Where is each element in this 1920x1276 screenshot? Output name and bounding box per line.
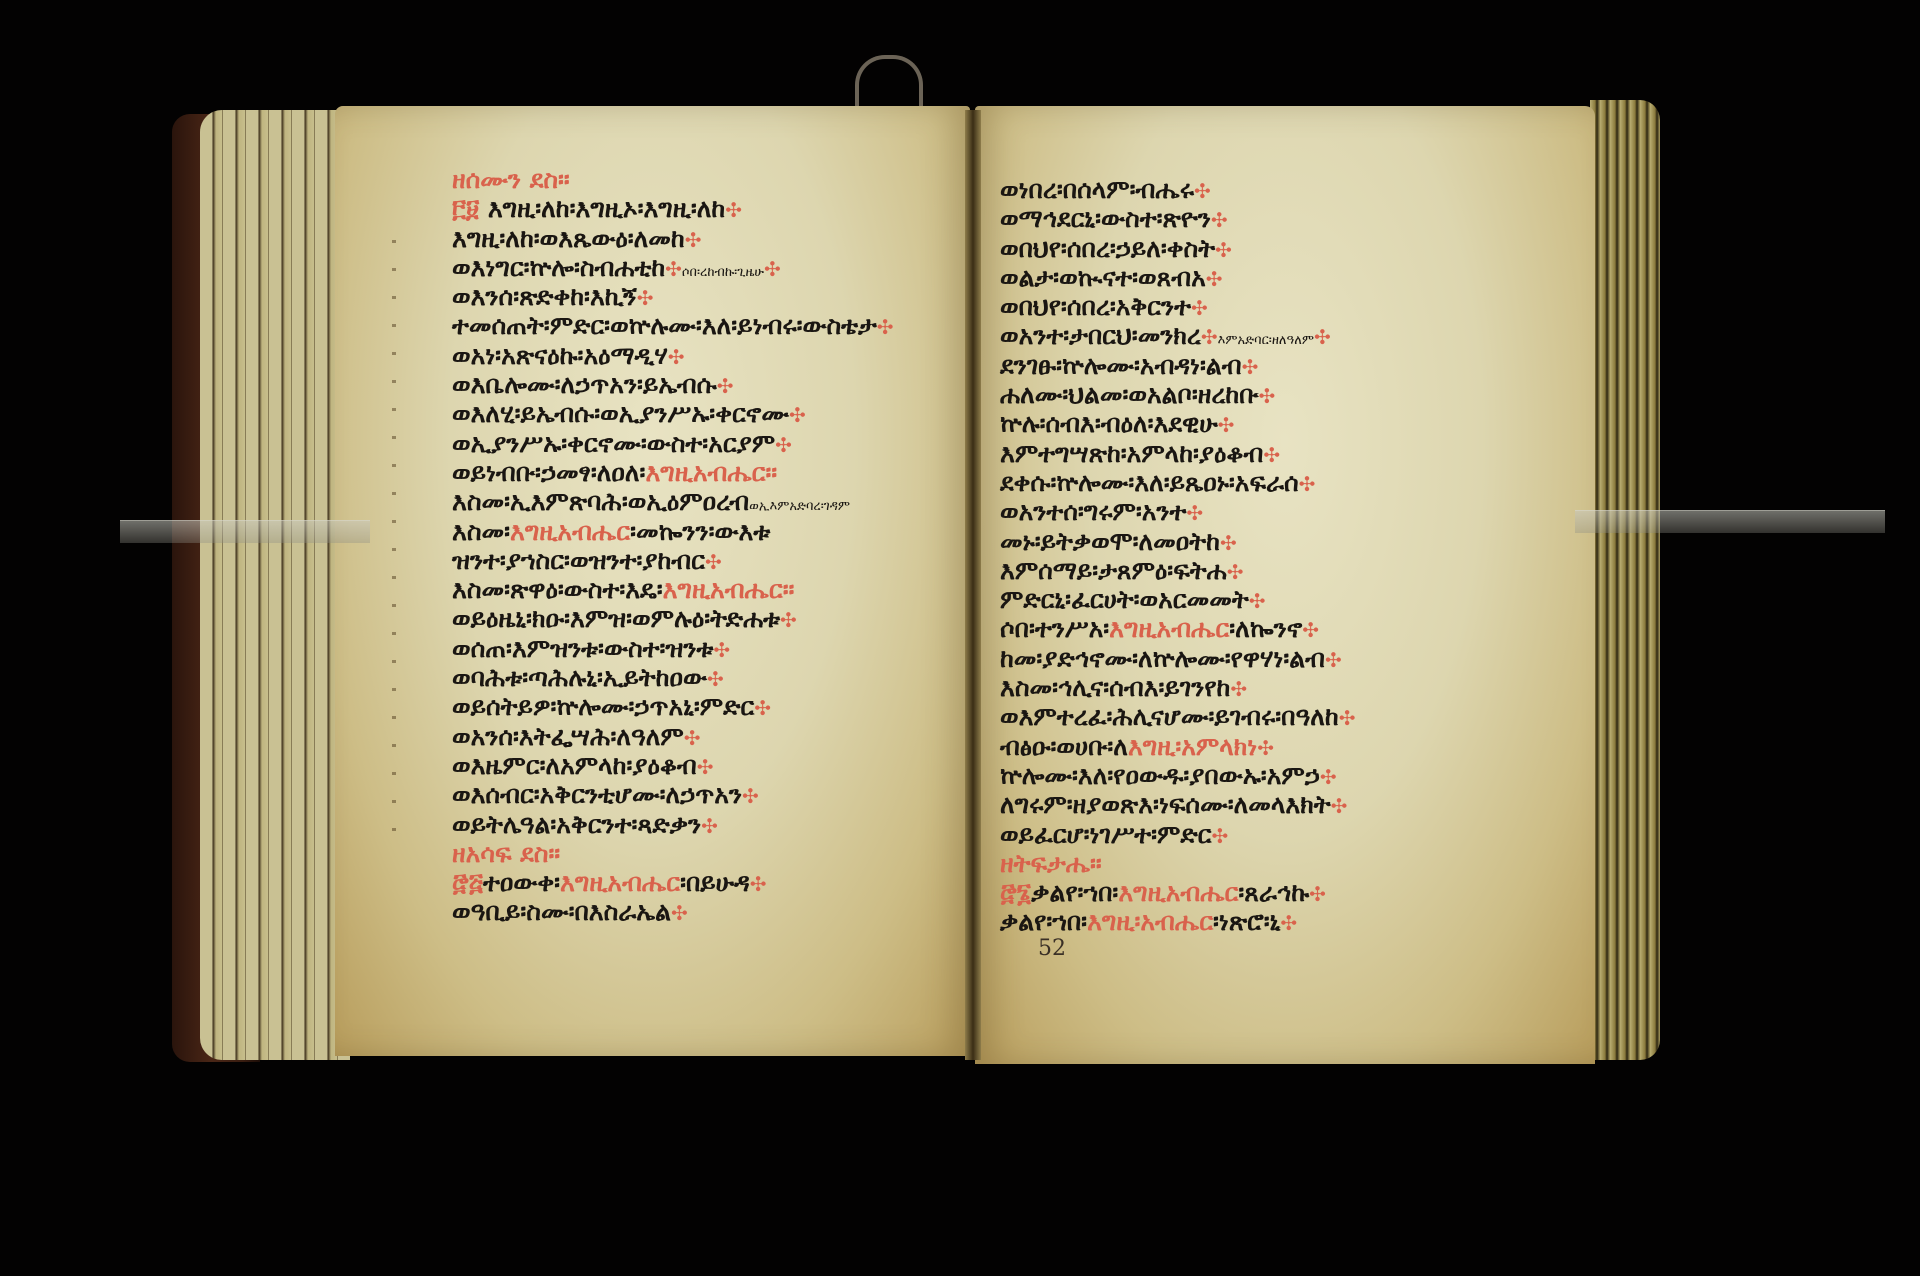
line-text: ፡ነጽሮ፡ኒ bbox=[1213, 907, 1280, 936]
line-text: ወእለሂ፡ይኤብሱ፡ወኢያንሥኡ፡ቀርኖሙ bbox=[452, 399, 789, 428]
manuscript-line: ወይትሌዓል፡አቅርንተ፡ጻድቃን✣ bbox=[452, 810, 894, 839]
manuscript-line: ደቀሱ፡ኵሎሙ፡እለ፡ይጼዐኑ፡አፍራሰ✣ bbox=[1000, 468, 1355, 497]
manuscript-line: ወይነብቡ፡ኃመፃ፡ለዐለ፡እግዚአብሔር። bbox=[452, 458, 894, 487]
line-text: ወባሕቱ፡ጣሕሉኒ፡ኢይትከዐው bbox=[452, 663, 707, 692]
cross-ornament-icon: ✣ bbox=[725, 198, 742, 222]
cross-ornament-icon: ✣ bbox=[637, 286, 654, 310]
cross-ornament-icon: ✣ bbox=[1257, 736, 1274, 760]
manuscript-line: እስመ፡ኅሊና፡ሰብእ፡ይገንየከ✣ bbox=[1000, 673, 1355, 702]
manuscript-line: ዝንተ፡ያኀስር፡ወዝንተ፡ያከብር✣ bbox=[452, 546, 894, 575]
line-text: ቃልየ፡ኀበ፡ bbox=[1000, 907, 1087, 936]
cross-ornament-icon: ✣ bbox=[707, 667, 724, 691]
manuscript-line: ወባሕቱ፡ጣሕሉኒ፡ኢይትከዐው✣ bbox=[452, 663, 894, 692]
line-text: ዝንተ፡ያኀስር፡ወዝንተ፡ያከብር bbox=[452, 546, 705, 575]
line-text: ደንገፁ፡ኵሎሙ፡አብዳነ፡ልብ bbox=[1000, 351, 1242, 380]
line-text: እምተግሣጽከ፡አምላከ፡ያዕቆብ bbox=[1000, 439, 1263, 468]
cross-ornament-icon: ✣ bbox=[665, 257, 682, 281]
left-page-stack bbox=[200, 110, 350, 1060]
line-text: ብፅዑ፡ወሀቡ፡ለ bbox=[1000, 732, 1128, 761]
manuscript-line: እምተግሣጽከ፡አምላከ፡ያዕቆብ✣ bbox=[1000, 439, 1355, 468]
line-text: ወልታ፡ወኲናተ፡ወጸብአ bbox=[1000, 263, 1206, 292]
rubric-text: ፫፱ bbox=[452, 194, 479, 223]
line-text: ወይነብቡ፡ኃመፃ፡ለዐለ፡ bbox=[452, 458, 645, 487]
manuscript-line: እስመ፡ጽዋዕ፡ውስተ፡እዴ፡እግዚአብሔር። bbox=[452, 575, 894, 604]
line-text: ኵሉ፡ሰብእ፡ብዕለ፡እደዊሁ bbox=[1000, 409, 1218, 438]
rubric-text: እግዚአብሔር bbox=[510, 517, 630, 546]
cross-ornament-icon: ✣ bbox=[1211, 824, 1228, 848]
line-text: መኑ፡ይትቃወሞ፡ለመዐትከ bbox=[1000, 527, 1220, 556]
cross-ornament-icon: ✣ bbox=[1320, 765, 1337, 789]
manuscript-line: ወአንተሰ፡ግሩም፡አንተ✣ bbox=[1000, 497, 1355, 526]
cross-ornament-icon: ✣ bbox=[1201, 325, 1218, 349]
cross-ornament-icon: ✣ bbox=[1280, 911, 1297, 935]
line-text: ወእንሰ፡ጽድቀከ፡እኪኝ bbox=[452, 282, 637, 311]
line-text: ወአንሰ፡እትፌሣሕ፡ለዓለም bbox=[452, 722, 684, 751]
cross-ornament-icon: ✣ bbox=[1331, 794, 1348, 818]
manuscript-line: ወበህየ፡ሰበረ፡ኃይለ፡ቀስት✣ bbox=[1000, 234, 1355, 263]
right-page-text: ወነበረ፡በሰላም፡ብሔሩ✣ወማኅደርኒ፡ውስተ፡ጽዮን✣ወበህየ፡ሰበረ፡ኃይ… bbox=[1000, 175, 1355, 937]
line-text: ወማኅደርኒ፡ውስተ፡ጽዮን bbox=[1000, 204, 1211, 233]
manuscript-line: ወይፈርሆ፡ነገሥተ፡ምድር✣ bbox=[1000, 820, 1355, 849]
line-text: ወአንተ፡ታበርህ፡መንክረ bbox=[1000, 321, 1201, 350]
line-text: ለግሩም፡ዘያወጽእ፡ነፍሰሙ፡ለመላእክት bbox=[1000, 790, 1331, 819]
manuscript-line: ወልታ፡ወኲናተ፡ወጸብአ✣ bbox=[1000, 263, 1355, 292]
manuscript-line: መኑ፡ይትቃወሞ፡ለመዐትከ✣ bbox=[1000, 527, 1355, 556]
rubric-text: እግዚአብሔር bbox=[560, 868, 680, 897]
manuscript-line: ብፅዑ፡ወሀቡ፡ለእግዚ፡አምላክነ✣ bbox=[1000, 732, 1355, 761]
line-text: ወይሰትይዎ፡ኵሎሙ፡ኃጥአኒ፡ምድር bbox=[452, 692, 754, 721]
manuscript-line: እምሰማይ፡ታጸምዕ፡ፍትሐ✣ bbox=[1000, 556, 1355, 585]
cross-ornament-icon: ✣ bbox=[1302, 618, 1319, 642]
line-text: ወአንተሰ፡ግሩም፡አንተ bbox=[1000, 497, 1186, 526]
line-text: ምድርኒ፡ፈርሀት፡ወአርመመት bbox=[1000, 585, 1249, 614]
manuscript-line: ፸፮ቃልየ፡ኀበ፡እግዚአብሔር፡ጸራኅኩ✣ bbox=[1000, 878, 1355, 907]
cross-ornament-icon: ✣ bbox=[775, 433, 792, 457]
cross-ornament-icon: ✣ bbox=[1242, 355, 1259, 379]
manuscript-line: ወእነግር፡ኵሎ፡ስብሐቲከ✣ሶበ፡ረከብኩ፡ጊዜሁ✣ bbox=[452, 253, 894, 282]
rubric-text: እግዚአብሔር። bbox=[663, 575, 795, 604]
manuscript-photo: ዘሰሙን ደስ።፫፱ እግዚ፡ለከ፡እግዚኦ፡እግዚ፡ለከ✣እግዚ፡ለከ፡ወእጼ… bbox=[0, 0, 1920, 1276]
manuscript-line: ፫፱ እግዚ፡ለከ፡እግዚኦ፡እግዚ፡ለከ✣ bbox=[452, 194, 894, 223]
manuscript-line: እስመ፡ኢእምጽባሕ፡ወኢዕምዐረብወኢእምአድባረ፡ገዳም bbox=[452, 487, 894, 516]
cross-ornament-icon: ✣ bbox=[685, 228, 702, 252]
rubric-text: ፸፭ bbox=[452, 868, 483, 897]
cross-ornament-icon: ✣ bbox=[1314, 325, 1331, 349]
marginal-note: እምአድባር፡ዘለዓለም bbox=[1218, 333, 1314, 348]
line-text: ወእቤሎሙ፡ለኃጥአን፡ይኤብሱ bbox=[452, 370, 717, 399]
manuscript-line: ወእዜምር፡ለአምላከ፡ያዕቆብ✣ bbox=[452, 751, 894, 780]
manuscript-line: ወአንተ፡ታበርህ፡መንክረ✣እምአድባር፡ዘለዓለም✣ bbox=[1000, 321, 1355, 350]
manuscript-line: ዘአሳፍ ደስ። bbox=[452, 839, 894, 868]
cross-ornament-icon: ✣ bbox=[1263, 443, 1280, 467]
line-text: ወእነግር፡ኵሎ፡ስብሐቲከ bbox=[452, 253, 665, 282]
cross-ornament-icon: ✣ bbox=[705, 550, 722, 574]
cross-ornament-icon: ✣ bbox=[1220, 531, 1237, 555]
line-text: ወበህየ፡ሰበረ፡አቅርንተ bbox=[1000, 292, 1191, 321]
line-text: እምሰማይ፡ታጸምዕ፡ፍትሐ bbox=[1000, 556, 1227, 585]
line-text: ኵሎሙ፡እለ፡የዐውዱ፡ያበውኡ፡አምኃ bbox=[1000, 761, 1320, 790]
line-text: እስመ፡ጽዋዕ፡ውስተ፡እዴ፡ bbox=[452, 575, 663, 604]
manuscript-line: እስመ፡እግዚአብሔር፡መኰንን፡ውእቱ bbox=[452, 517, 894, 546]
rubric-text: እግዚአብሔር bbox=[1109, 614, 1229, 643]
line-text: ወእሰብር፡አቅርንቲሆሙ፡ለኃጥአን bbox=[452, 780, 742, 809]
cross-ornament-icon: ✣ bbox=[717, 374, 734, 398]
line-text: ወበህየ፡ሰበረ፡ኃይለ፡ቀስት bbox=[1000, 234, 1215, 263]
manuscript-line: ወሰጠ፡እምዝንቱ፡ውስተ፡ዝንቱ✣ bbox=[452, 634, 894, 663]
manuscript-line: ወእምተረፈ፡ሕሊናሆሙ፡ይገብሩ፡በዓለከ✣ bbox=[1000, 702, 1355, 731]
line-text: እግዚ፡ለከ፡ወእጼውዕ፡ለመከ bbox=[452, 224, 685, 253]
manuscript-line: ወነበረ፡በሰላም፡ብሔሩ✣ bbox=[1000, 175, 1355, 204]
folio-number: 52 bbox=[1038, 936, 1066, 961]
rubric-text: ዘአሳፍ ደስ። bbox=[452, 839, 560, 868]
rubric-text: ዘሰሙን ደስ። bbox=[452, 165, 570, 194]
cross-ornament-icon: ✣ bbox=[1206, 267, 1223, 291]
line-text: ቃልየ፡ኀበ፡ bbox=[1031, 878, 1118, 907]
line-text: ሶበ፡ተንሥአ፡ bbox=[1000, 614, 1109, 643]
line-text: ፡በይሁዳ bbox=[680, 868, 750, 897]
manuscript-line: ወእንሰ፡ጽድቀከ፡እኪኝ✣ bbox=[452, 282, 894, 311]
line-text: ወይዕዜኒ፡ክዑ፡እምዝ፡ወምሉዕ፡ትድሐቱ bbox=[452, 604, 780, 633]
manuscript-line: ወአንሰ፡እትፌሣሕ፡ለዓለም✣ bbox=[452, 722, 894, 751]
cross-ornament-icon: ✣ bbox=[684, 726, 701, 750]
cross-ornament-icon: ✣ bbox=[789, 403, 806, 427]
line-text: ወዓቢይ፡ስሙ፡በእስራኤል bbox=[452, 897, 671, 926]
line-text: እስመ፡ኅሊና፡ሰብእ፡ይገንየከ bbox=[1000, 673, 1230, 702]
line-text: ወእምተረፈ፡ሕሊናሆሙ፡ይገብሩ፡በዓለከ bbox=[1000, 702, 1339, 731]
manuscript-line: ኵሉ፡ሰብእ፡ብዕለ፡እደዊሁ✣ bbox=[1000, 409, 1355, 438]
acrylic-clamp-right bbox=[1575, 510, 1885, 533]
rubric-text: እግዚ፡አምላክነ bbox=[1128, 732, 1257, 761]
line-text: እግዚ፡ለከ፡እግዚኦ፡እግዚ፡ለከ bbox=[479, 194, 725, 223]
line-text: ወነበረ፡በሰላም፡ብሔሩ bbox=[1000, 175, 1194, 204]
rubric-text: ፸፮ bbox=[1000, 878, 1031, 907]
cross-ornament-icon: ✣ bbox=[754, 696, 771, 720]
manuscript-line: ቃልየ፡ኀበ፡እግዚ፡አብሔር፡ነጽሮ፡ኒ✣ bbox=[1000, 907, 1355, 936]
cross-ornament-icon: ✣ bbox=[697, 755, 714, 779]
cross-ornament-icon: ✣ bbox=[742, 784, 759, 808]
line-text: ፡ጸራኅኩ bbox=[1238, 878, 1309, 907]
manuscript-line: ሶበ፡ተንሥአ፡እግዚአብሔር፡ለኰንኖ✣ bbox=[1000, 614, 1355, 643]
cross-ornament-icon: ✣ bbox=[1258, 384, 1275, 408]
cross-ornament-icon: ✣ bbox=[1249, 589, 1266, 613]
line-text: ከመ፡ያድኅኖሙ፡ለኵሎሙ፡የዋሃነ፡ልብ bbox=[1000, 644, 1325, 673]
cross-ornament-icon: ✣ bbox=[764, 257, 781, 281]
cross-ornament-icon: ✣ bbox=[1186, 501, 1203, 525]
rubric-text: እግዚ፡አብሔር bbox=[1087, 907, 1213, 936]
acrylic-clamp-left bbox=[120, 520, 370, 543]
manuscript-line: እግዚ፡ለከ፡ወእጼውዕ፡ለመከ✣ bbox=[452, 224, 894, 253]
cross-ornament-icon: ✣ bbox=[1299, 472, 1316, 496]
cross-ornament-icon: ✣ bbox=[671, 901, 688, 925]
rubric-text: ዘትፍታሔ። bbox=[1000, 849, 1102, 878]
line-text: ደቀሱ፡ኵሎሙ፡እለ፡ይጼዐኑ፡አፍራሰ bbox=[1000, 468, 1299, 497]
manuscript-line: ደንገፁ፡ኵሎሙ፡አብዳነ፡ልብ✣ bbox=[1000, 351, 1355, 380]
cross-ornament-icon: ✣ bbox=[877, 315, 894, 339]
cross-ornament-icon: ✣ bbox=[713, 638, 730, 662]
line-text: ተዐውቀ፡ bbox=[483, 868, 560, 897]
line-text: ወይትሌዓል፡አቅርንተ፡ጻድቃን bbox=[452, 810, 701, 839]
line-text: ወእዜምር፡ለአምላከ፡ያዕቆብ bbox=[452, 751, 697, 780]
gutter bbox=[965, 110, 981, 1060]
line-text: ወሰጠ፡እምዝንቱ፡ውስተ፡ዝንቱ bbox=[452, 634, 713, 663]
manuscript-line: ለግሩም፡ዘያወጽእ፡ነፍሰሙ፡ለመላእክት✣ bbox=[1000, 790, 1355, 819]
cross-ornament-icon: ✣ bbox=[1218, 413, 1235, 437]
line-text: እስመ፡ bbox=[452, 517, 510, 546]
right-page-stack bbox=[1590, 100, 1660, 1060]
marginal-note: ሶበ፡ረከብኩ፡ጊዜሁ bbox=[682, 265, 764, 280]
manuscript-line: ወኢያንሥኡ፡ቀርኖሙ፡ውስተ፡አርያም✣ bbox=[452, 429, 894, 458]
cross-ornament-icon: ✣ bbox=[668, 345, 685, 369]
manuscript-line: ወይዕዜኒ፡ክዑ፡እምዝ፡ወምሉዕ፡ትድሐቱ✣ bbox=[452, 604, 894, 633]
cross-ornament-icon: ✣ bbox=[750, 872, 767, 896]
manuscript-line: ፸፭ተዐውቀ፡እግዚአብሔር፡በይሁዳ✣ bbox=[452, 868, 894, 897]
manuscript-line: ሐለሙ፡ህልመ፡ወአልቦ፡ዘረከቡ✣ bbox=[1000, 380, 1355, 409]
manuscript-line: ወበህየ፡ሰበረ፡አቅርንተ✣ bbox=[1000, 292, 1355, 321]
cross-ornament-icon: ✣ bbox=[1215, 238, 1232, 262]
manuscript-line: ዘትፍታሔ። bbox=[1000, 849, 1355, 878]
cross-ornament-icon: ✣ bbox=[1309, 882, 1326, 906]
manuscript-line: ወአነ፡አጽናዕኩ፡አዕማዲሃ✣ bbox=[452, 341, 894, 370]
line-text: ሐለሙ፡ህልመ፡ወአልቦ፡ዘረከቡ bbox=[1000, 380, 1258, 409]
line-text: ወይፈርሆ፡ነገሥተ፡ምድር bbox=[1000, 820, 1211, 849]
cross-ornament-icon: ✣ bbox=[701, 814, 718, 838]
manuscript-line: ኵሎሙ፡እለ፡የዐውዱ፡ያበውኡ፡አምኃ✣ bbox=[1000, 761, 1355, 790]
cross-ornament-icon: ✣ bbox=[780, 608, 797, 632]
line-text: እስመ፡ኢእምጽባሕ፡ወኢዕምዐረብ bbox=[452, 487, 749, 516]
line-text: ወኢያንሥኡ፡ቀርኖሙ፡ውስተ፡አርያም bbox=[452, 429, 775, 458]
cross-ornament-icon: ✣ bbox=[1230, 677, 1247, 701]
manuscript-line: ተመሰጠት፡ምድር፡ወኵሉሙ፡እለ፡ይነብሩ፡ውስቴታ✣ bbox=[452, 311, 894, 340]
cross-ornament-icon: ✣ bbox=[1227, 560, 1244, 584]
line-text: ፡ለኰንኖ bbox=[1229, 614, 1302, 643]
cross-ornament-icon: ✣ bbox=[1339, 706, 1356, 730]
manuscript-line: ዘሰሙን ደስ። bbox=[452, 165, 894, 194]
marginal-note: ወኢእምአድባረ፡ገዳም bbox=[749, 499, 850, 514]
manuscript-line: ምድርኒ፡ፈርሀት፡ወአርመመት✣ bbox=[1000, 585, 1355, 614]
line-text: ተመሰጠት፡ምድር፡ወኵሉሙ፡እለ፡ይነብሩ፡ውስቴታ bbox=[452, 311, 877, 340]
cross-ornament-icon: ✣ bbox=[1211, 208, 1228, 232]
manuscript-line: ወእለሂ፡ይኤብሱ፡ወኢያንሥኡ፡ቀርኖሙ✣ bbox=[452, 399, 894, 428]
manuscript-line: ወማኅደርኒ፡ውስተ፡ጽዮን✣ bbox=[1000, 204, 1355, 233]
manuscript-line: ወእቤሎሙ፡ለኃጥአን፡ይኤብሱ✣ bbox=[452, 370, 894, 399]
manuscript-line: ከመ፡ያድኅኖሙ፡ለኵሎሙ፡የዋሃነ፡ልብ✣ bbox=[1000, 644, 1355, 673]
prick-marks bbox=[392, 240, 396, 840]
left-page-text: ዘሰሙን ደስ።፫፱ እግዚ፡ለከ፡እግዚኦ፡እግዚ፡ለከ✣እግዚ፡ለከ፡ወእጼ… bbox=[452, 165, 894, 927]
rubric-text: እግዚአብሔር። bbox=[645, 458, 777, 487]
line-text: ወአነ፡አጽናዕኩ፡አዕማዲሃ bbox=[452, 341, 668, 370]
cross-ornament-icon: ✣ bbox=[1194, 179, 1211, 203]
rubric-text: እግዚአብሔር bbox=[1118, 878, 1238, 907]
cross-ornament-icon: ✣ bbox=[1325, 648, 1342, 672]
cross-ornament-icon: ✣ bbox=[1191, 296, 1208, 320]
line-text: ፡መኰንን፡ውእቱ bbox=[630, 517, 770, 546]
manuscript-line: ወዓቢይ፡ስሙ፡በእስራኤል✣ bbox=[452, 897, 894, 926]
manuscript-line: ወእሰብር፡አቅርንቲሆሙ፡ለኃጥአን✣ bbox=[452, 780, 894, 809]
manuscript-line: ወይሰትይዎ፡ኵሎሙ፡ኃጥአኒ፡ምድር✣ bbox=[452, 692, 894, 721]
